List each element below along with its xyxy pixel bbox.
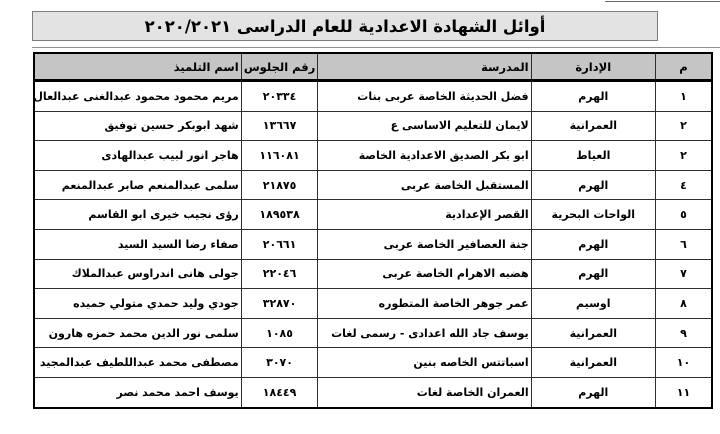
cell-index: ٢ [655, 111, 712, 141]
header-seat-number: رقم الجلوس [241, 53, 318, 81]
cell-administration: العمرانية [531, 348, 655, 378]
cell-index: ١١ [655, 377, 712, 407]
cell-administration: اوسيم [531, 289, 655, 319]
cell-school: هضبه الاهرام الخاصة عربى [318, 259, 531, 289]
table-row: ١الهرمفضل الحديثة الخاصة عربى بنات٢٠٣٣٤م… [34, 81, 712, 112]
table-row: ٥الواحات البحريةالقصر الإعدادية١٨٩٥٣٨رؤى… [34, 200, 712, 230]
results-table-container: م الإدارة المدرسة رقم الجلوس اسم التلميذ… [33, 52, 713, 409]
cell-index: ٤ [655, 170, 712, 200]
cell-index: ٨ [655, 289, 712, 319]
cell-index: ١ [655, 81, 712, 112]
table-row: ٤الهرمالمستقبل الخاصة عربى٢١٨٧٥سلمى عبدا… [34, 170, 712, 200]
cell-student-name: رؤى نجيب خيرى ابو القاسم [34, 200, 241, 230]
page-title-box: أوائل الشهادة الاعدادية للعام الدراسى ٢٠… [32, 11, 658, 41]
cell-seat-number: ٢٠٣٣٤ [241, 81, 318, 112]
cell-index: ٩ [655, 318, 712, 348]
cell-seat-number: ٢١٨٧٥ [241, 170, 318, 200]
cell-school: جنة العصافير الخاصة عربى [318, 229, 531, 259]
table-header-row: م الإدارة المدرسة رقم الجلوس اسم التلميذ [34, 53, 712, 81]
header-index: م [655, 53, 712, 81]
table-row: ١١الهرمالعمران الخاصة لغات١٨٤٤٩يوسف احمد… [34, 377, 712, 407]
results-table: م الإدارة المدرسة رقم الجلوس اسم التلميذ… [33, 52, 713, 409]
cell-index: ٢ [655, 141, 712, 171]
cell-school: يوسف جاد الله اعدادى - رسمى لغات [318, 318, 531, 348]
cell-student-name: هاجر انور لبيب عبدالهادى [34, 141, 241, 171]
cell-seat-number: ١٠٨٥ [241, 318, 318, 348]
cell-administration: الهرم [531, 259, 655, 289]
table-row: ٧الهرمهضبه الاهرام الخاصة عربى٢٢٠٤٦جولى … [34, 259, 712, 289]
cell-student-name: مريم محمود محمود عبدالغنى عبدالعال [34, 81, 241, 112]
header-school: المدرسة [318, 53, 531, 81]
cell-administration: الهرم [531, 229, 655, 259]
cell-student-name: سلمى عبدالمنعم صابر عبدالمنعم [34, 170, 241, 200]
cell-school: المستقبل الخاصة عربى [318, 170, 531, 200]
cell-index: ٦ [655, 229, 712, 259]
cell-seat-number: ١١٦٠٨١ [241, 141, 318, 171]
cell-student-name: يوسف احمد محمد نصر [34, 377, 241, 407]
cell-school: لايمان للتعليم الاساسى ع [318, 111, 531, 141]
cell-school: ابو بكر الصديق الاعدادية الخاصة [318, 141, 531, 171]
crop-artifact-line [605, 1, 720, 2]
cell-student-name: شهد ابوبكر حسين توفيق [34, 111, 241, 141]
cell-administration: الهرم [531, 170, 655, 200]
cell-student-name: جولى هانى اندراوس عبدالملاك [34, 259, 241, 289]
cell-index: ١٠ [655, 348, 712, 378]
cell-seat-number: ٣٢٨٧٠ [241, 289, 318, 319]
cell-index: ٧ [655, 259, 712, 289]
cell-administration: الهرم [531, 81, 655, 112]
cell-administration: العمرانية [531, 318, 655, 348]
cell-school: اسباتتس الخاصه بنين [318, 348, 531, 378]
cell-administration: العمرانية [531, 111, 655, 141]
header-administration: الإدارة [531, 53, 655, 81]
table-row: ١٠العمرانيةاسباتتس الخاصه بنين٣٠٧٠مصطفى … [34, 348, 712, 378]
header-student-name: اسم التلميذ [34, 53, 241, 81]
cell-seat-number: ١٨٩٥٣٨ [241, 200, 318, 230]
cell-seat-number: ١٣٦٦٧ [241, 111, 318, 141]
cell-school: القصر الإعدادية [318, 200, 531, 230]
cell-student-name: مصطفى محمد عبداللطيف عبدالمجيد عبد [34, 348, 241, 378]
cell-student-name: صفاء رضا السيد السيد [34, 229, 241, 259]
cell-school: عمر جوهر الخاصة المتطوره [318, 289, 531, 319]
table-row: ٨اوسيمعمر جوهر الخاصة المتطوره٣٢٨٧٠جودي … [34, 289, 712, 319]
page-title: أوائل الشهادة الاعدادية للعام الدراسى ٢٠… [145, 17, 546, 36]
cell-student-name: سلمى نور الدين محمد حمزه هارون [34, 318, 241, 348]
cell-administration: العياط [531, 141, 655, 171]
page: { "page": { "title": "أوائل الشهادة الاع… [0, 0, 720, 434]
cell-seat-number: ٣٠٧٠ [241, 348, 318, 378]
cell-administration: الهرم [531, 377, 655, 407]
table-row: ٢العمرانيةلايمان للتعليم الاساسى ع١٣٦٦٧ش… [34, 111, 712, 141]
cell-school: فضل الحديثة الخاصة عربى بنات [318, 81, 531, 112]
cell-seat-number: ٢٠٦٦١ [241, 229, 318, 259]
title-underline-rule [32, 47, 720, 48]
cell-school: العمران الخاصة لغات [318, 377, 531, 407]
cell-administration: الواحات البحرية [531, 200, 655, 230]
table-row: ٢العياطابو بكر الصديق الاعدادية الخاصة١١… [34, 141, 712, 171]
table-row: ٦الهرمجنة العصافير الخاصة عربى٢٠٦٦١صفاء … [34, 229, 712, 259]
cell-student-name: جودي وليد حمدي متولي حميده [34, 289, 241, 319]
cell-index: ٥ [655, 200, 712, 230]
cell-seat-number: ١٨٤٤٩ [241, 377, 318, 407]
cell-seat-number: ٢٢٠٤٦ [241, 259, 318, 289]
table-row: ٩العمرانيةيوسف جاد الله اعدادى - رسمى لغ… [34, 318, 712, 348]
